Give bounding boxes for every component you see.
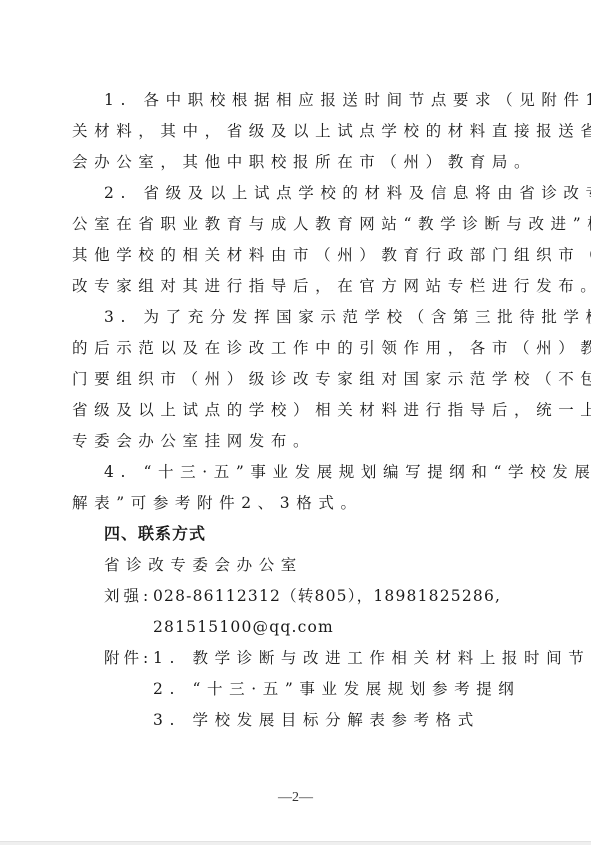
page-number: —2— <box>0 789 591 807</box>
attachment-item-1: 1. 教学诊断与改进工作相关材料上报时间节点表 <box>153 648 591 668</box>
paragraph-3-line-4: 省级及以上试点的学校）相关材料进行指导后，统一上报省诊改 <box>72 400 524 420</box>
document-page: 1. 各中职校根据相应报送时间节点要求（见附件1）上报相 关材料，其中，省级及以… <box>0 0 591 841</box>
paragraph-3-line-2: 的后示范以及在诊改工作中的引领作用，各市（州）教育行政部 <box>72 338 524 358</box>
contact-email: 281515100@qq.com <box>153 617 591 637</box>
paragraph-2-line-3: 其他学校的相关材料由市（州）教育行政部门组织市（州）级诊 <box>72 245 524 265</box>
paragraph-3-line-5: 专委会办公室挂网发布。 <box>72 431 524 451</box>
attachment-item-2: 2. “十三·五”事业发展规划参考提纲 <box>153 679 591 699</box>
paragraph-1-line-1: 1. 各中职校根据相应报送时间节点要求（见附件1）上报相 <box>104 90 524 110</box>
contact-office: 省诊改专委会办公室 <box>104 555 556 575</box>
section-heading-contact: 四、联系方式 <box>104 524 556 544</box>
paragraph-3-line-1: 3. 为了充分发挥国家示范学校（含第三批待批学校，下同） <box>104 307 524 327</box>
paragraph-2-line-2: 公室在省职业教育与成人教育网站“教学诊断与改进”栏目发布; <box>72 214 524 234</box>
paragraph-2-line-1: 2. 省级及以上试点学校的材料及信息将由省诊改专委会办 <box>104 183 524 203</box>
attachment-item-3: 3. 学校发展目标分解表参考格式 <box>153 710 591 730</box>
paragraph-3-line-3: 门要组织市（州）级诊改专家组对国家示范学校（不包括已列入 <box>72 369 524 389</box>
paragraph-2-line-4: 改专家组对其进行指导后，在官方网站专栏进行发布。 <box>72 276 524 296</box>
paragraph-4-line-2: 解表”可参考附件2、3格式。 <box>72 493 524 513</box>
paragraph-4-line-1: 4. “十三·五”事业发展规划编写提纲和“学校发展目标分 <box>104 462 524 482</box>
paragraph-1-line-2: 关材料，其中，省级及以上试点学校的材料直接报送省诊改专委 <box>72 121 524 141</box>
page-bottom-edge <box>0 841 591 845</box>
contact-phone: 028-86112312（转805），18981825286, <box>153 586 591 606</box>
paragraph-1-line-3: 会办公室，其他中职校报所在市（州）教育局。 <box>72 152 524 172</box>
